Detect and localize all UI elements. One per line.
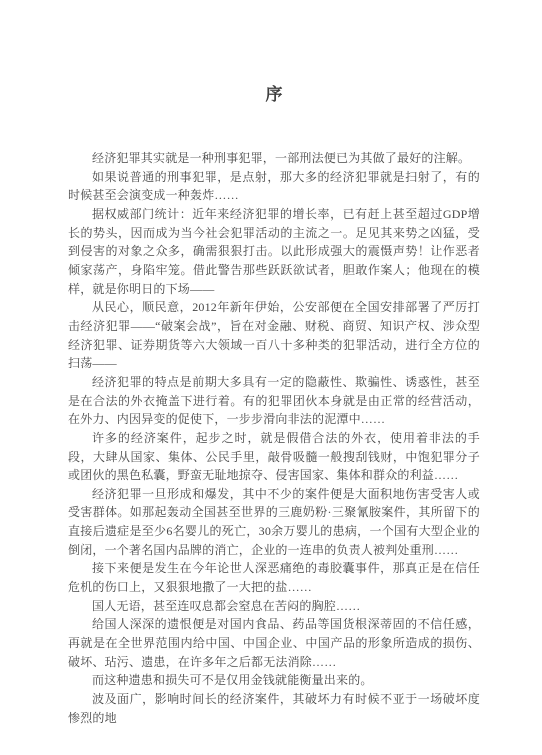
paragraph: 经济犯罪其实就是一种刑事犯罪，一部刑法便已为其做了最好的注解。: [68, 149, 480, 168]
document-page: 序 经济犯罪其实就是一种刑事犯罪，一部刑法便已为其做了最好的注解。 如果说普通的…: [0, 0, 542, 755]
paragraph: 波及面广，影响时间长的经济案件，其破坏力有时候不亚于一场破坏度惨烈的地: [68, 690, 480, 727]
preface-body: 经济犯罪其实就是一种刑事犯罪，一部刑法便已为其做了最好的注解。 如果说普通的刑事…: [68, 149, 480, 727]
paragraph: 据权威部门统计：近年来经济犯罪的增长率，已有赶上甚至超过GDP增长的势头，因而成…: [68, 205, 480, 298]
page-title: 序: [68, 84, 480, 106]
paragraph: 接下来便是发生在今年论世人深恶痛绝的毒胶囊事件，那真正是在信任危机的伤口上，又狠…: [68, 559, 480, 596]
paragraph: 给国人深深的遗恨便是对国内食品、药品等国货根深蒂固的不信任感，再就是在全世界范围…: [68, 615, 480, 671]
paragraph: 如果说普通的刑事犯罪，是点射，那大多的经济犯罪就是扫射了，有的时候甚至会演变成一…: [68, 168, 480, 205]
paragraph: 国人无语，甚至连叹息都会窒息在苦闷的胸腔……: [68, 597, 480, 616]
paragraph: 许多的经济案件，起步之时，就是假借合法的外衣，使用着非法的手段，大肆从国家、集体…: [68, 429, 480, 485]
paragraph: 经济犯罪的特点是前期大多具有一定的隐蔽性、欺骗性、诱惑性，甚至是在合法的外衣掩盖…: [68, 373, 480, 429]
paragraph: 而这种遗患和损失可不是仅用金钱就能衡量出来的。: [68, 671, 480, 690]
paragraph: 从民心，顺民意，2012年新年伊始，公安部便在全国安排部署了严厉打击经济犯罪——…: [68, 298, 480, 373]
paragraph: 经济犯罪一旦形成和爆发，其中不少的案件便是大面积地伤害受害人或受害群体。如那起轰…: [68, 485, 480, 560]
